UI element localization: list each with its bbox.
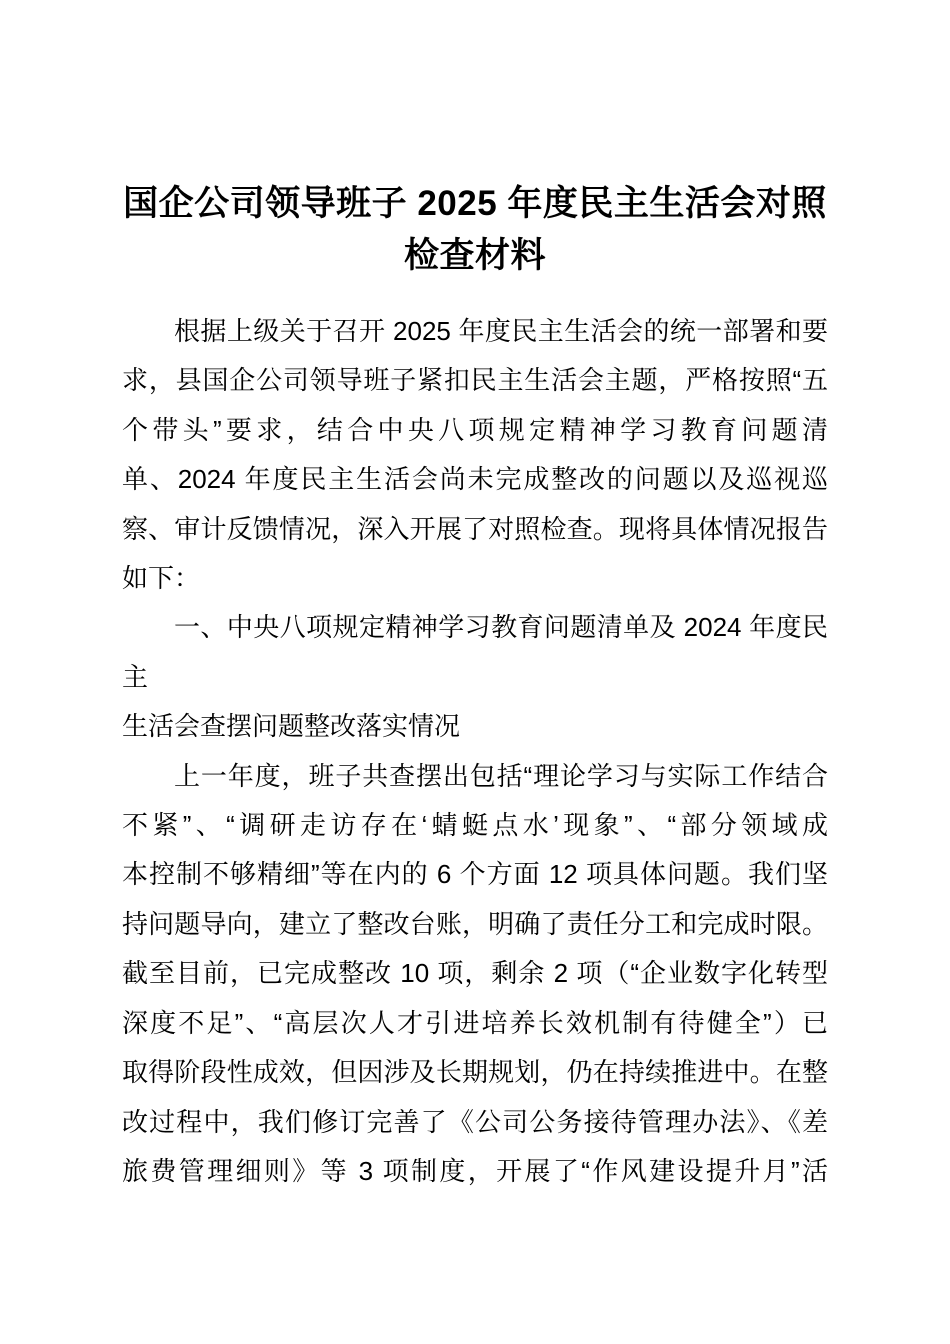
document-body: 根据上级关于召开 2025 年度民主生活会的统一部署和要求，县国企公司领导班子紧… [122,307,828,1196]
document-title-line-2: 检查材料 [122,230,828,282]
text-line: 截至目前，已完成整改 10 项，剩余 2 项（“企业数字化转型 [122,949,828,998]
document-title-line-1: 国企公司领导班子 2025 年度民主生活会对照 [122,178,828,230]
text-line: 改过程中，我们修订完善了《公司公务接待管理办法》、《差 [122,1098,828,1147]
rectification-paragraph: 上一年度，班子共查摆出包括“理论学习与实际工作结合不紧”、“调研走访存在‘蜻蜓点… [122,752,828,1197]
document-page: 国企公司领导班子 2025 年度民主生活会对照 检查材料 根据上级关于召开 20… [0,0,950,1344]
text-line: 上一年度，班子共查摆出包括“理论学习与实际工作结合 [122,752,828,801]
text-line: 求，县国企公司领导班子紧扣民主生活会主题，严格按照“五 [122,356,828,405]
text-line: 取得阶段性成效，但因涉及长期规划，仍在持续推进中。在整 [122,1048,828,1097]
text-line: 旅费管理细则》等 3 项制度，开展了“作风建设提升月”活 [122,1147,828,1196]
text-line: 持问题导向，建立了整改台账，明确了责任分工和完成时限。 [122,900,828,949]
text-line: 生活会查摆问题整改落实情况 [122,702,828,751]
text-line: 本控制不够精细”等在内的 6 个方面 12 项具体问题。我们坚 [122,850,828,899]
section-one-heading: 一、中央八项规定精神学习教育问题清单及 2024 年度民主生活会查摆问题整改落实… [122,603,828,751]
text-line: 深度不足”、“高层次人才引进培养长效机制有待健全”）已 [122,999,828,1048]
text-line: 个带头”要求，结合中央八项规定精神学习教育问题清 [122,406,828,455]
text-line: 根据上级关于召开 2025 年度民主生活会的统一部署和要 [122,307,828,356]
text-line: 如下： [122,554,828,603]
text-line: 单、2024 年度民主生活会尚未完成整改的问题以及巡视巡 [122,455,828,504]
text-line: 察、审计反馈情况，深入开展了对照检查。现将具体情况报告 [122,505,828,554]
intro-paragraph: 根据上级关于召开 2025 年度民主生活会的统一部署和要求，县国企公司领导班子紧… [122,307,828,603]
document-title: 国企公司领导班子 2025 年度民主生活会对照 检查材料 [122,178,828,282]
text-line: 不紧”、“调研走访存在‘蜻蜓点水’现象”、“部分领域成 [122,801,828,850]
text-line: 一、中央八项规定精神学习教育问题清单及 2024 年度民主 [122,603,828,702]
